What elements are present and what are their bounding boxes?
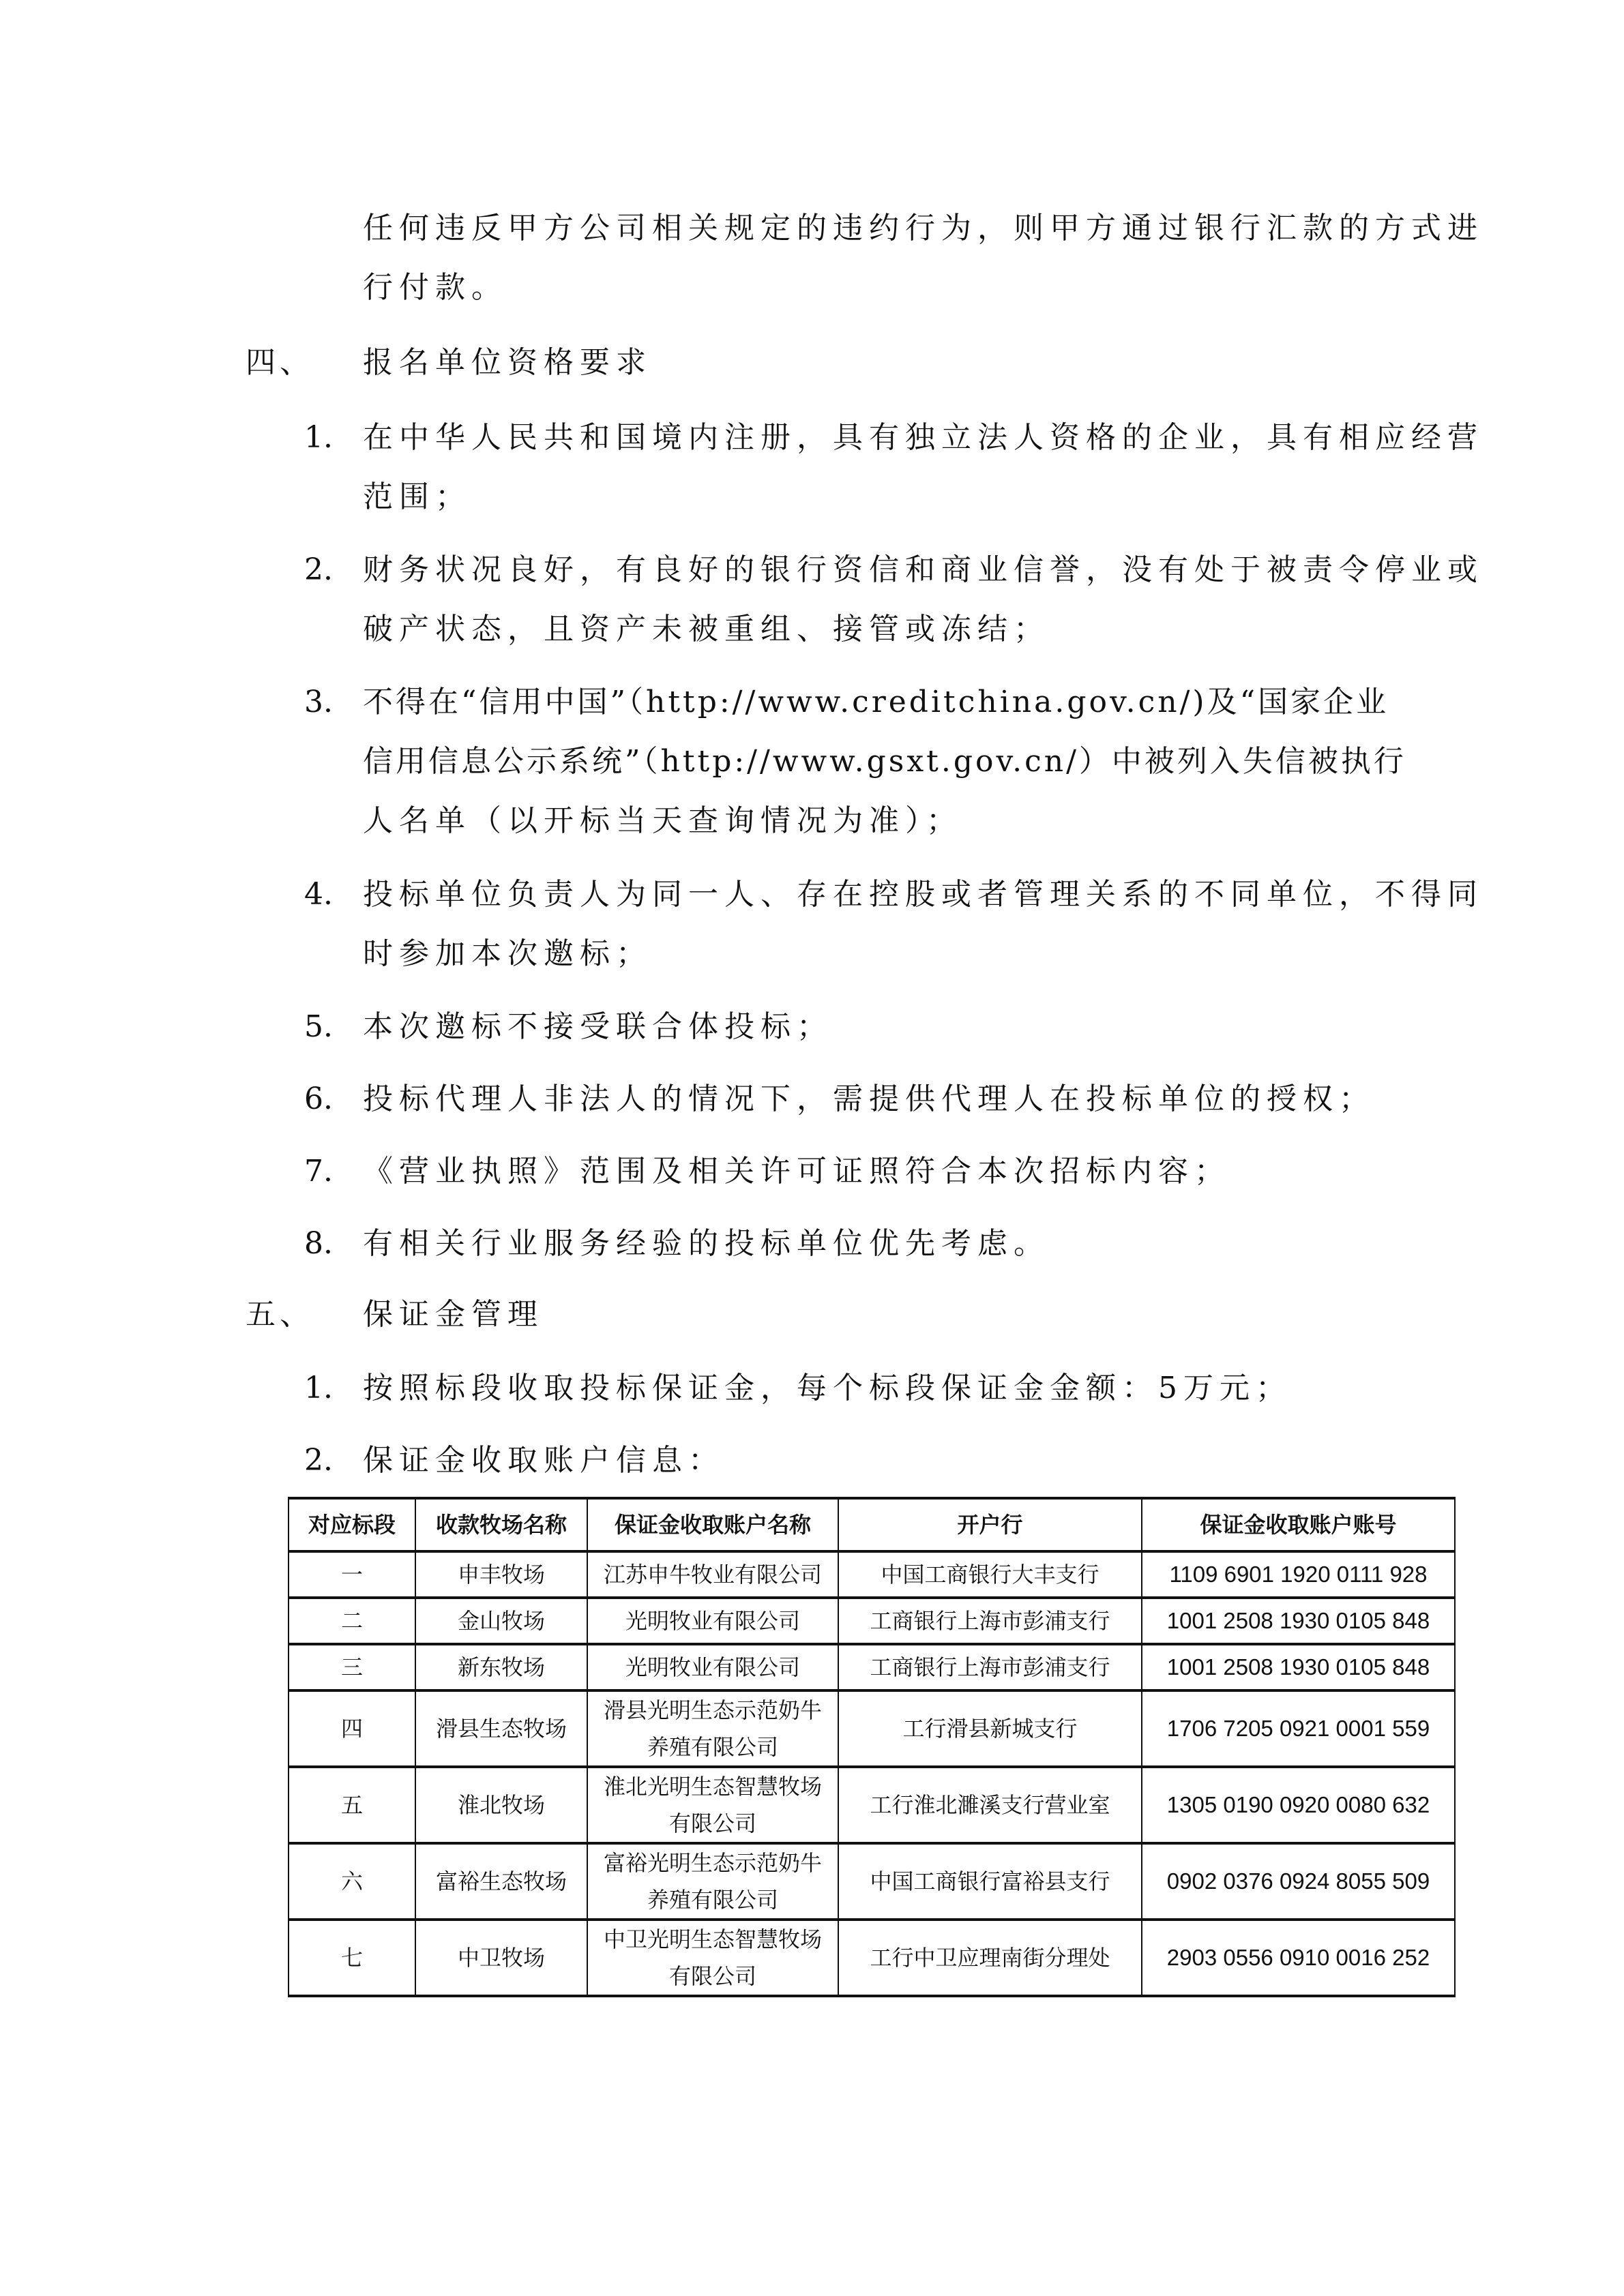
cell-bank: 中国工商银行大丰支行 — [838, 1551, 1142, 1598]
list-item-line: 时参加本次邀标； — [363, 934, 652, 974]
account-name-line: 富裕光明生态示范奶牛 — [592, 1845, 833, 1881]
account-name-line: 滑县光明生态示范奶牛 — [592, 1692, 833, 1729]
cell-lot: 二 — [289, 1598, 415, 1644]
account-name-line: 有限公司 — [592, 1958, 833, 1995]
cell-bank: 工商银行上海市彭浦支行 — [838, 1644, 1142, 1690]
table-row: 三 新东牧场 光明牧业有限公司 工商银行上海市彭浦支行 1001 2508 19… — [289, 1644, 1455, 1690]
cell-account-number: 1305 0190 0920 0080 632 — [1142, 1767, 1455, 1843]
section-number: 五、 — [246, 1294, 314, 1335]
cell-account-number: 1001 2508 1930 0105 848 — [1142, 1598, 1455, 1644]
cell-lot: 七 — [289, 1920, 415, 1996]
table-row: 七 中卫牧场 中卫光明生态智慧牧场 有限公司 工行中卫应理南街分理处 2903 … — [289, 1920, 1455, 1996]
list-number: 1. — [304, 417, 333, 458]
list-item-line: 财务状况良好，有良好的银行资信和商业信誉，没有处于被责令停业或 — [363, 550, 1483, 591]
cell-bank: 工行滑县新城支行 — [838, 1690, 1142, 1767]
list-number: 1. — [304, 1368, 333, 1409]
list-number: 3. — [304, 682, 333, 723]
list-item-line: 不得在“信用中国”（http://www.creditchina.gov.cn/… — [363, 682, 1389, 723]
column-header-account-number: 保证金收取账户账号 — [1142, 1498, 1455, 1551]
document-page: 任何违反甲方公司相关规定的违约行为，则甲方通过银行汇款的方式进 行付款。 四、 … — [0, 0, 1624, 2296]
account-name-line: 有限公司 — [592, 1805, 833, 1842]
cell-account-number: 0902 0376 0924 8055 509 — [1142, 1843, 1455, 1920]
cell-farm: 中卫牧场 — [415, 1920, 587, 1996]
cell-account-number: 1001 2508 1930 0105 848 — [1142, 1644, 1455, 1690]
cell-lot: 一 — [289, 1551, 415, 1598]
table-row: 六 富裕生态牧场 富裕光明生态示范奶牛 养殖有限公司 中国工商银行富裕县支行 0… — [289, 1843, 1455, 1920]
list-item-line: 人名单（以开标当天查询情况为准）； — [363, 801, 962, 841]
column-header-bank: 开户行 — [838, 1498, 1142, 1551]
cell-farm: 富裕生态牧场 — [415, 1843, 587, 1920]
cell-bank: 中国工商银行富裕县支行 — [838, 1843, 1142, 1920]
column-header-lot: 对应标段 — [289, 1498, 415, 1551]
list-number: 7. — [304, 1151, 333, 1192]
table-header-row: 对应标段 收款牧场名称 保证金收取账户名称 开户行 保证金收取账户账号 — [289, 1498, 1455, 1551]
list-item-line: 投标单位负责人为同一人、存在控股或者管理关系的不同单位，不得同 — [363, 874, 1483, 915]
cell-lot: 三 — [289, 1644, 415, 1690]
list-item-line: 范围； — [363, 477, 471, 518]
list-item-line: 投标代理人非法人的情况下，需提供代理人在投标单位的授权； — [363, 1079, 1375, 1120]
section-title: 保证金管理 — [363, 1294, 544, 1335]
list-item-line: 有相关行业服务经验的投标单位优先考虑。 — [363, 1223, 1050, 1264]
column-header-account-name: 保证金收取账户名称 — [587, 1498, 838, 1551]
list-item-line: 本次邀标不接受联合体投标； — [363, 1007, 833, 1047]
cell-account-name: 滑县光明生态示范奶牛 养殖有限公司 — [587, 1690, 838, 1767]
list-item-line: 保证金收取账户信息： — [363, 1440, 724, 1481]
list-item-line: 信用信息公示系统”（http://www.gsxt.gov.cn/）中被列入失信… — [363, 741, 1406, 782]
deposit-account-table: 对应标段 收款牧场名称 保证金收取账户名称 开户行 保证金收取账户账号 一 申丰… — [288, 1497, 1456, 1997]
section-number: 四、 — [246, 342, 314, 383]
table-row: 四 滑县生态牧场 滑县光明生态示范奶牛 养殖有限公司 工行滑县新城支行 1706… — [289, 1690, 1455, 1767]
cell-bank: 工行中卫应理南街分理处 — [838, 1920, 1142, 1996]
cell-lot: 四 — [289, 1690, 415, 1767]
cell-account-number: 1706 7205 0921 0001 559 — [1142, 1690, 1455, 1767]
cell-account-number: 2903 0556 0910 0016 252 — [1142, 1920, 1455, 1996]
account-name-line: 淮北光明生态智慧牧场 — [592, 1768, 833, 1805]
list-number: 6. — [304, 1079, 333, 1120]
column-header-farm: 收款牧场名称 — [415, 1498, 587, 1551]
list-item-line: 按照标段收取投标保证金，每个标段保证金金额：5万元； — [363, 1368, 1292, 1409]
paragraph-line: 行付款。 — [363, 267, 507, 308]
table-row: 二 金山牧场 光明牧业有限公司 工商银行上海市彭浦支行 1001 2508 19… — [289, 1598, 1455, 1644]
cell-bank: 工商银行上海市彭浦支行 — [838, 1598, 1142, 1644]
list-item-line: 《营业执照》范围及相关许可证照符合本次招标内容； — [363, 1151, 1230, 1192]
paragraph-line: 任何违反甲方公司相关规定的违约行为，则甲方通过银行汇款的方式进 — [363, 208, 1483, 249]
table-row: 五 淮北牧场 淮北光明生态智慧牧场 有限公司 工行淮北濉溪支行营业室 1305 … — [289, 1767, 1455, 1843]
section-title: 报名单位资格要求 — [363, 342, 652, 383]
list-number: 4. — [304, 874, 333, 915]
cell-lot: 五 — [289, 1767, 415, 1843]
list-item-line: 在中华人民共和国境内注册，具有独立法人资格的企业，具有相应经营 — [363, 417, 1483, 458]
cell-account-name: 光明牧业有限公司 — [587, 1644, 838, 1690]
cell-account-name: 江苏申牛牧业有限公司 — [587, 1551, 838, 1598]
list-number: 2. — [304, 1440, 333, 1481]
cell-bank: 工行淮北濉溪支行营业室 — [838, 1767, 1142, 1843]
cell-farm: 申丰牧场 — [415, 1551, 587, 1598]
list-number: 2. — [304, 550, 333, 591]
table-row: 一 申丰牧场 江苏申牛牧业有限公司 中国工商银行大丰支行 1109 6901 1… — [289, 1551, 1455, 1598]
cell-farm: 金山牧场 — [415, 1598, 587, 1644]
account-name-line: 中卫光明生态智慧牧场 — [592, 1921, 833, 1958]
account-name-line: 养殖有限公司 — [592, 1729, 833, 1765]
cell-account-name: 中卫光明生态智慧牧场 有限公司 — [587, 1920, 838, 1996]
list-number: 5. — [304, 1007, 333, 1047]
cell-account-name: 富裕光明生态示范奶牛 养殖有限公司 — [587, 1843, 838, 1920]
list-number: 8. — [304, 1223, 333, 1264]
cell-lot: 六 — [289, 1843, 415, 1920]
cell-farm: 新东牧场 — [415, 1644, 587, 1690]
cell-farm: 淮北牧场 — [415, 1767, 587, 1843]
cell-farm: 滑县生态牧场 — [415, 1690, 587, 1767]
list-item-line: 破产状态，且资产未被重组、接管或冻结； — [363, 609, 1050, 650]
cell-account-name: 光明牧业有限公司 — [587, 1598, 838, 1644]
account-name-line: 养殖有限公司 — [592, 1881, 833, 1918]
cell-account-name: 淮北光明生态智慧牧场 有限公司 — [587, 1767, 838, 1843]
cell-account-number: 1109 6901 1920 0111 928 — [1142, 1551, 1455, 1598]
